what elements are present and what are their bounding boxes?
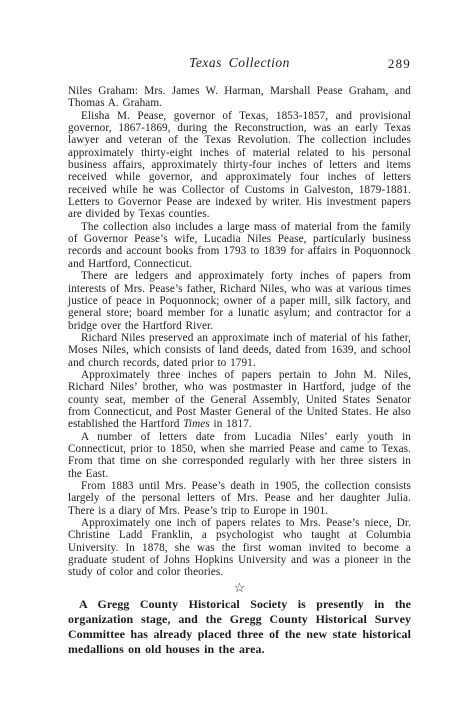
paragraph-niles-graham: Niles Graham: Mrs. James W. Harman, Mars… [68,85,411,110]
book-page: Texas Collection 289 Niles Graham: Mrs. … [0,0,474,711]
star-icon: ☆ [68,580,411,595]
italic-title: Times [183,418,210,430]
paragraph-richard-niles: There are ledgers and approximately fort… [68,270,411,332]
paragraph-john-niles: Approximately three inches of papers per… [68,369,411,431]
running-title: Texas Collection [68,55,411,71]
paragraph-john-niles-end: in 1817. [210,418,252,430]
paragraph-christine-franklin: Approximately one inch of papers relates… [68,517,411,579]
paragraph-elisha-pease: Elisha M. Pease, governor of Texas, 1853… [68,110,411,221]
page-body: Niles Graham: Mrs. James W. Harman, Mars… [68,85,411,657]
page-number: 289 [388,56,411,72]
paragraph-lucadia-pease: The collection also includes a large mas… [68,221,411,270]
paragraph-pease-death: From 1883 until Mrs. Pease’s death in 19… [68,480,411,517]
paragraph-moses-niles: Richard Niles preserved an approximate i… [68,332,411,369]
paragraph-gregg-county: A Gregg County Historical Society is pre… [68,597,411,657]
running-header: Texas Collection 289 [68,55,411,72]
paragraph-lucadia-letters: A number of letters date from Lucadia Ni… [68,431,411,480]
